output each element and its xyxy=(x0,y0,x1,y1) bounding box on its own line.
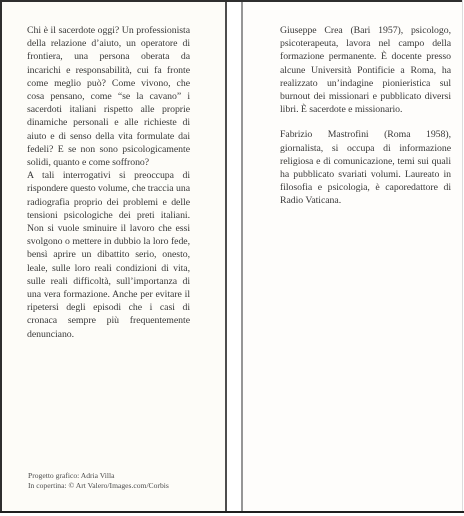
author-bio-fabrizio-mastrofini: Fabrizio Mastrofini (Roma 1958), giornal… xyxy=(280,128,451,207)
flap-paragraph-questions: Chi è il sacerdote oggi? Un professionis… xyxy=(27,24,190,169)
bottom-border-rule xyxy=(0,511,464,513)
author-bio-giuseppe-crea: Giuseppe Crea (Bari 1957), psicologo, ps… xyxy=(280,24,451,116)
book-jacket-spread: Chi è il sacerdote oggi? Un professionis… xyxy=(0,0,464,516)
credit-line-design: Progetto grafico: Adria Villa xyxy=(28,471,169,481)
left-flap-page: Chi è il sacerdote oggi? Un professionis… xyxy=(0,0,227,512)
flap-description-text: Chi è il sacerdote oggi? Un professionis… xyxy=(27,24,190,341)
credit-line-cover-art: In copertina: © Art Valero/Images.com/Co… xyxy=(28,481,169,491)
author-bios-block: Giuseppe Crea (Bari 1957), psicologo, ps… xyxy=(280,24,451,208)
credits-block: Progetto grafico: Adria Villa In coperti… xyxy=(28,471,169,491)
top-border-rule xyxy=(0,0,462,2)
spine-fold-gap xyxy=(227,2,241,512)
right-flap-page: Giuseppe Crea (Bari 1957), psicologo, ps… xyxy=(241,0,463,512)
flap-paragraph-volume: A tali interrogativi si preoccupa di ris… xyxy=(27,169,190,341)
